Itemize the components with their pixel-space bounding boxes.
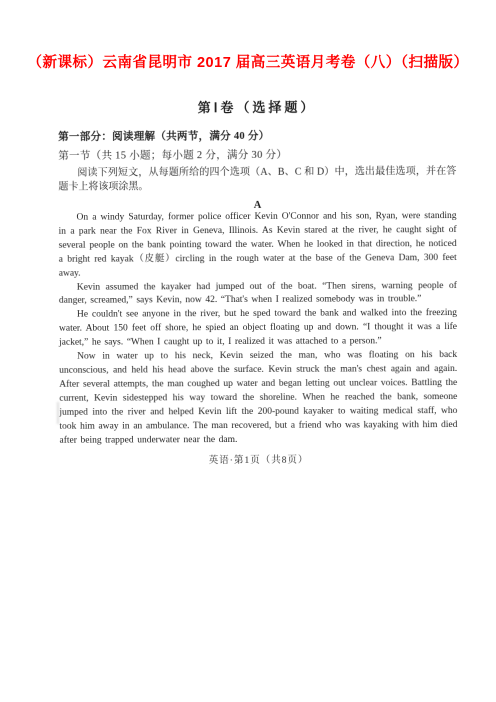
passage-paragraph: Now in water up to his neck, Kevin seize… xyxy=(59,349,457,448)
scanned-content: 第Ⅰ卷（选择题） 第一部分：阅读理解（共两节，满分 40 分） 第一节（共 15… xyxy=(0,96,496,468)
page-footer: 英语·第1页（共8页） xyxy=(60,451,458,467)
passage-paragraph: Kevin assumed the kayaker had jumped out… xyxy=(59,280,457,310)
passage-paragraph: On a windy Saturday, former police offic… xyxy=(58,210,456,281)
page-title: （新课标）云南省昆明市 2017 届高三英语月考卷（八）（扫描版） xyxy=(0,53,496,74)
instructions-text: 阅读下列短文，从每题所给的四个选项（A、B、C 和 D）中，选出最佳选项，并在答… xyxy=(58,165,456,195)
part-heading: 第一部分：阅读理解（共两节，满分 40 分） xyxy=(58,127,456,144)
section-heading: 第一节（共 15 小题；每小题 2 分，满分 30 分） xyxy=(58,146,456,163)
volume-heading: 第Ⅰ卷（选择题） xyxy=(58,96,456,117)
reading-passage: On a windy Saturday, former police offic… xyxy=(58,210,457,448)
scanned-exam-page: （新课标）云南省昆明市 2017 届高三英语月考卷（八）（扫描版） 第Ⅰ卷（选择… xyxy=(0,0,496,702)
passage-paragraph: He couldn't see anyone in the river, but… xyxy=(59,307,457,350)
scan-smudge-artifact xyxy=(57,402,59,424)
